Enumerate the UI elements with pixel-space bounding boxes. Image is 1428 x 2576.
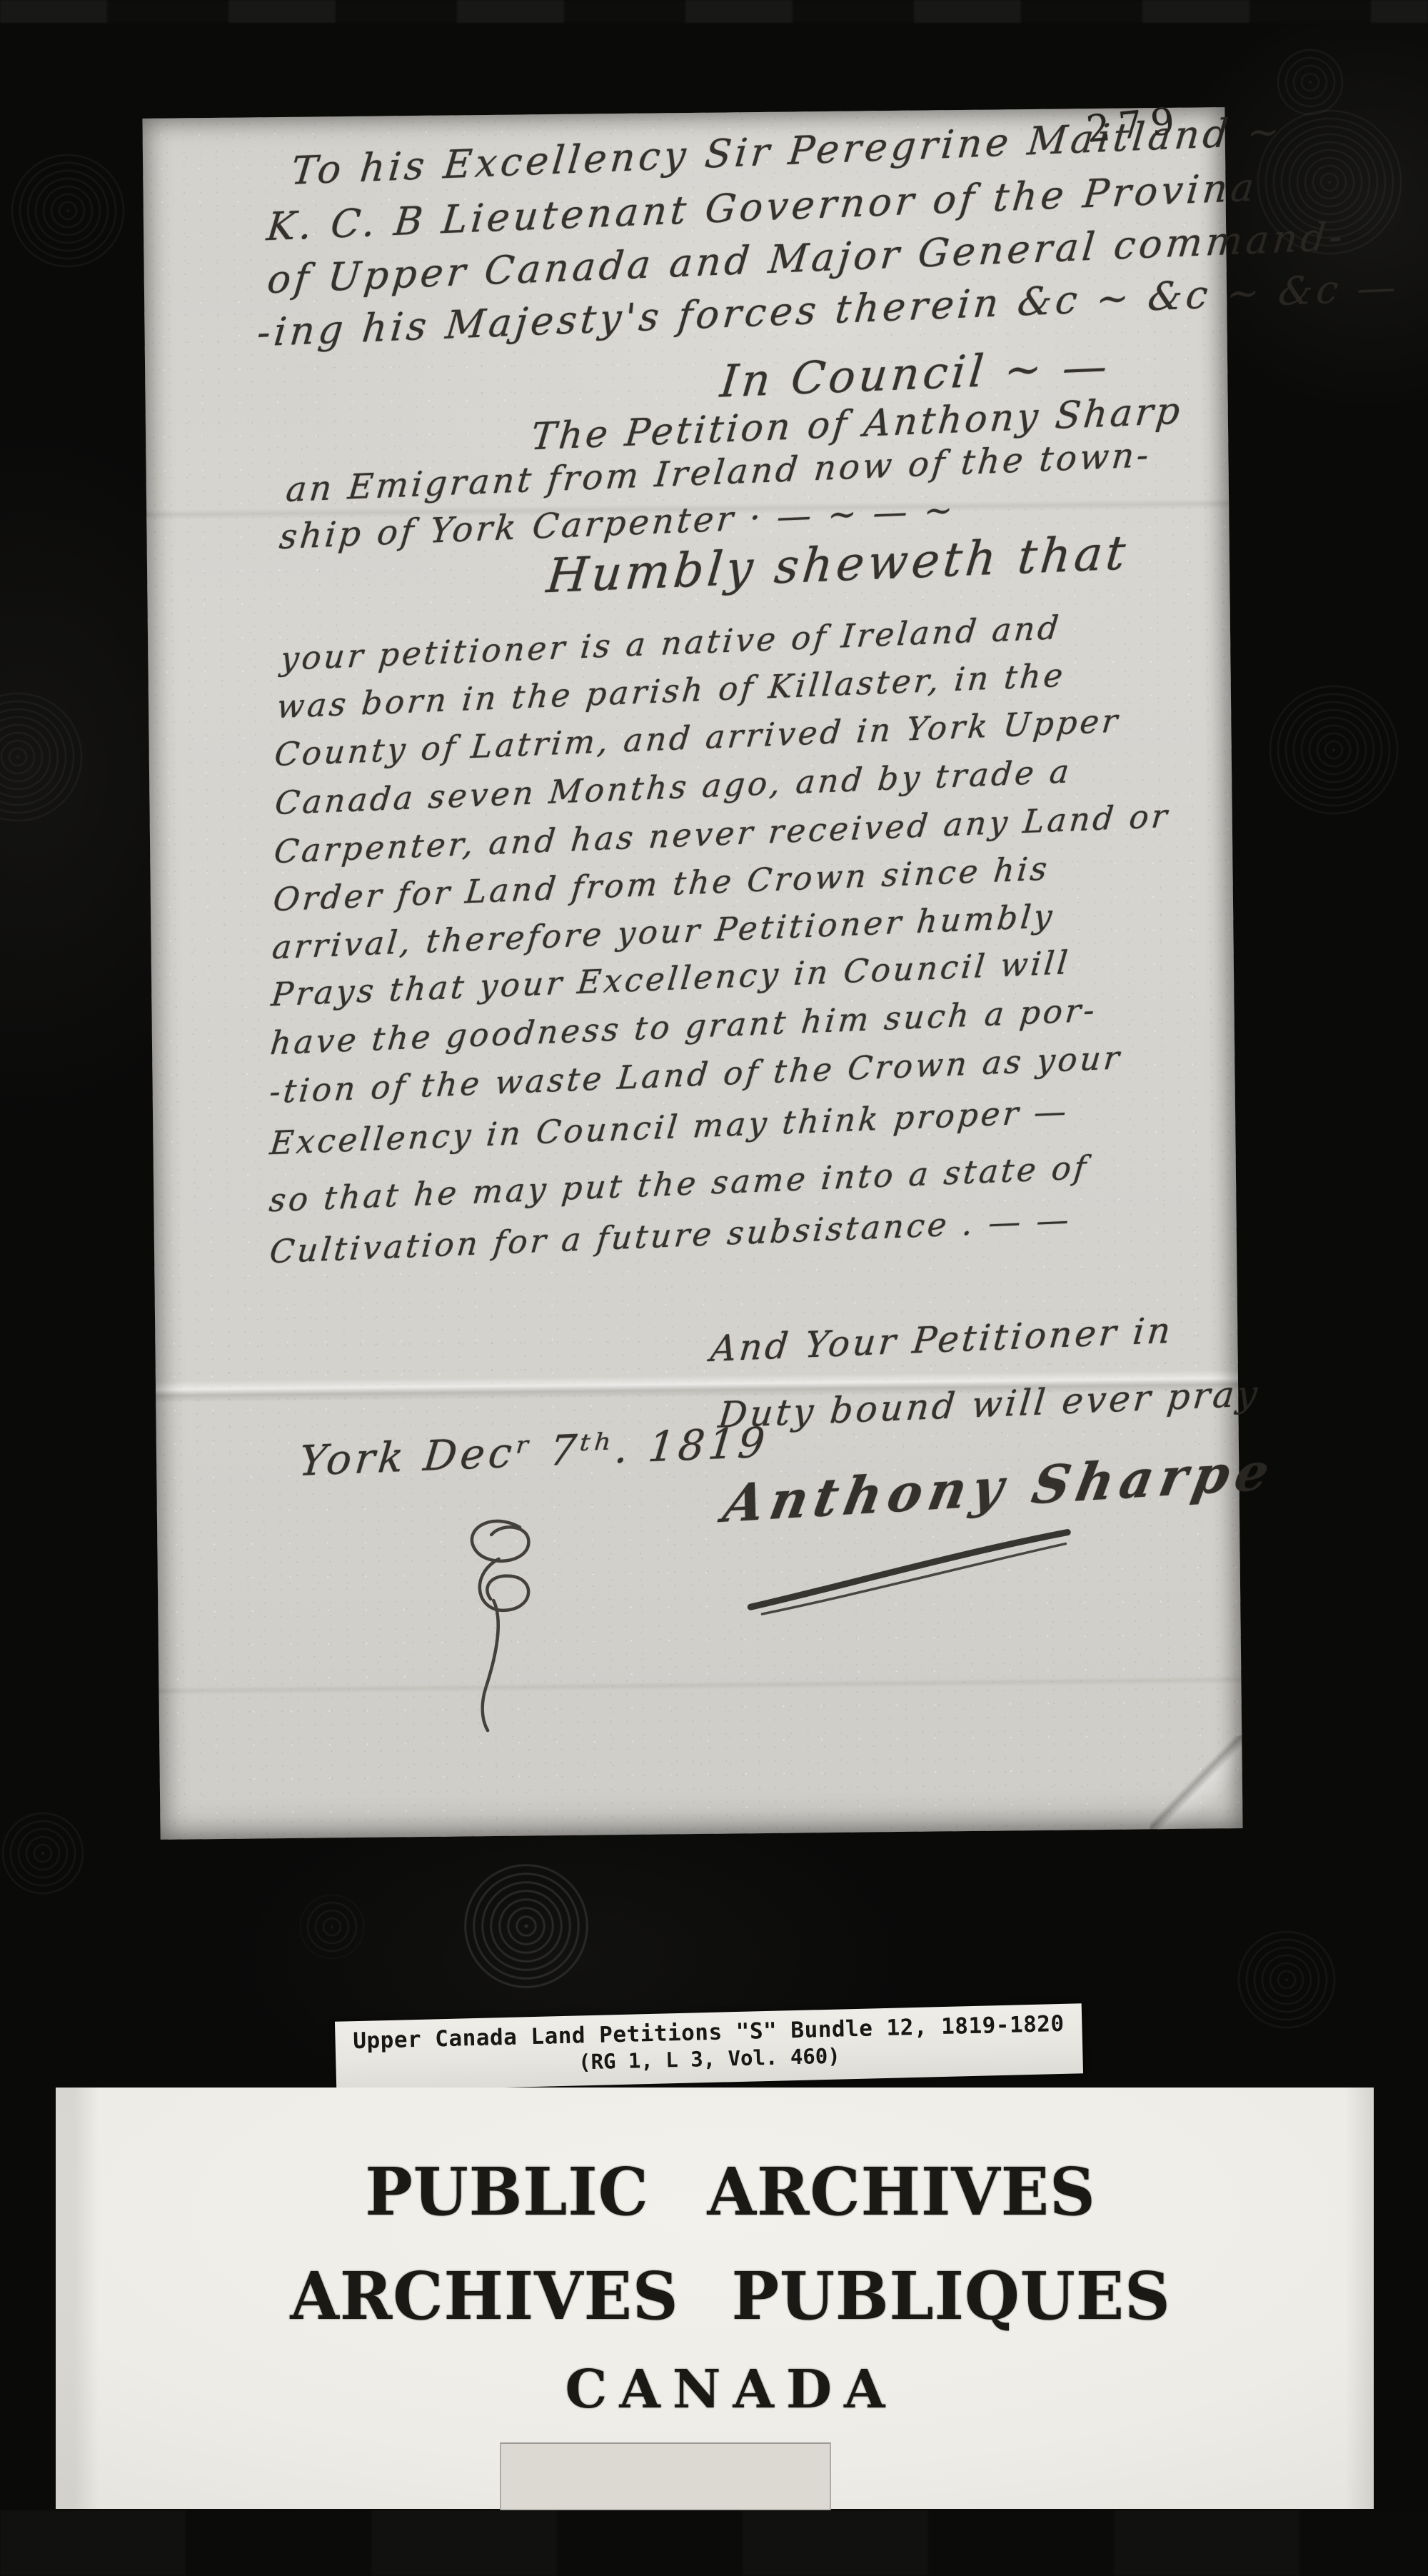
petition-line: Duty bound will ever pray [717,1373,1262,1436]
archives-card: PUBLIC ARCHIVES ARCHIVES PUBLIQUES CANAD… [56,2088,1374,2509]
film-edge-band-top [0,0,1428,23]
film-swirl-artifact [0,693,82,821]
archive-label: Upper Canada Land Petitions "S" Bundle 1… [335,2003,1083,2092]
film-swirl-artifact [1266,682,1402,818]
film-edge-band-bottom [0,2510,1428,2576]
film-swirl-artifact [0,1810,86,1896]
card-title-french: ARCHIVES PUBLIQUES [82,2257,1347,2335]
signature-flourish [743,1519,1079,1623]
paper-sheet: 279 To his Excellency Sir Peregrine Mait… [142,107,1242,1840]
film-swirl-artifact [11,154,125,268]
card-title-canada: CANADA [56,2359,1374,2420]
ink-flourish [443,1514,580,1744]
paper-corner-fold [1149,1735,1242,1829]
film-swirl-artifact [458,1858,594,1994]
petition-line: And Your Petitioner in [709,1310,1175,1370]
microfilm-scan-page: 279 To his Excellency Sir Peregrine Mait… [0,0,1428,2576]
tape-tab [500,2442,831,2510]
signature: Anthony Sharpe [719,1440,1281,1534]
card-title-english: PUBLIC ARCHIVES [82,2153,1347,2230]
film-swirl-artifact [1237,1930,1337,2030]
petition-dateline: York Decʳ 7ᵗʰ. 1819 [297,1418,770,1485]
paper-crease [159,1675,1241,1695]
film-swirl-artifact [300,1895,364,1959]
